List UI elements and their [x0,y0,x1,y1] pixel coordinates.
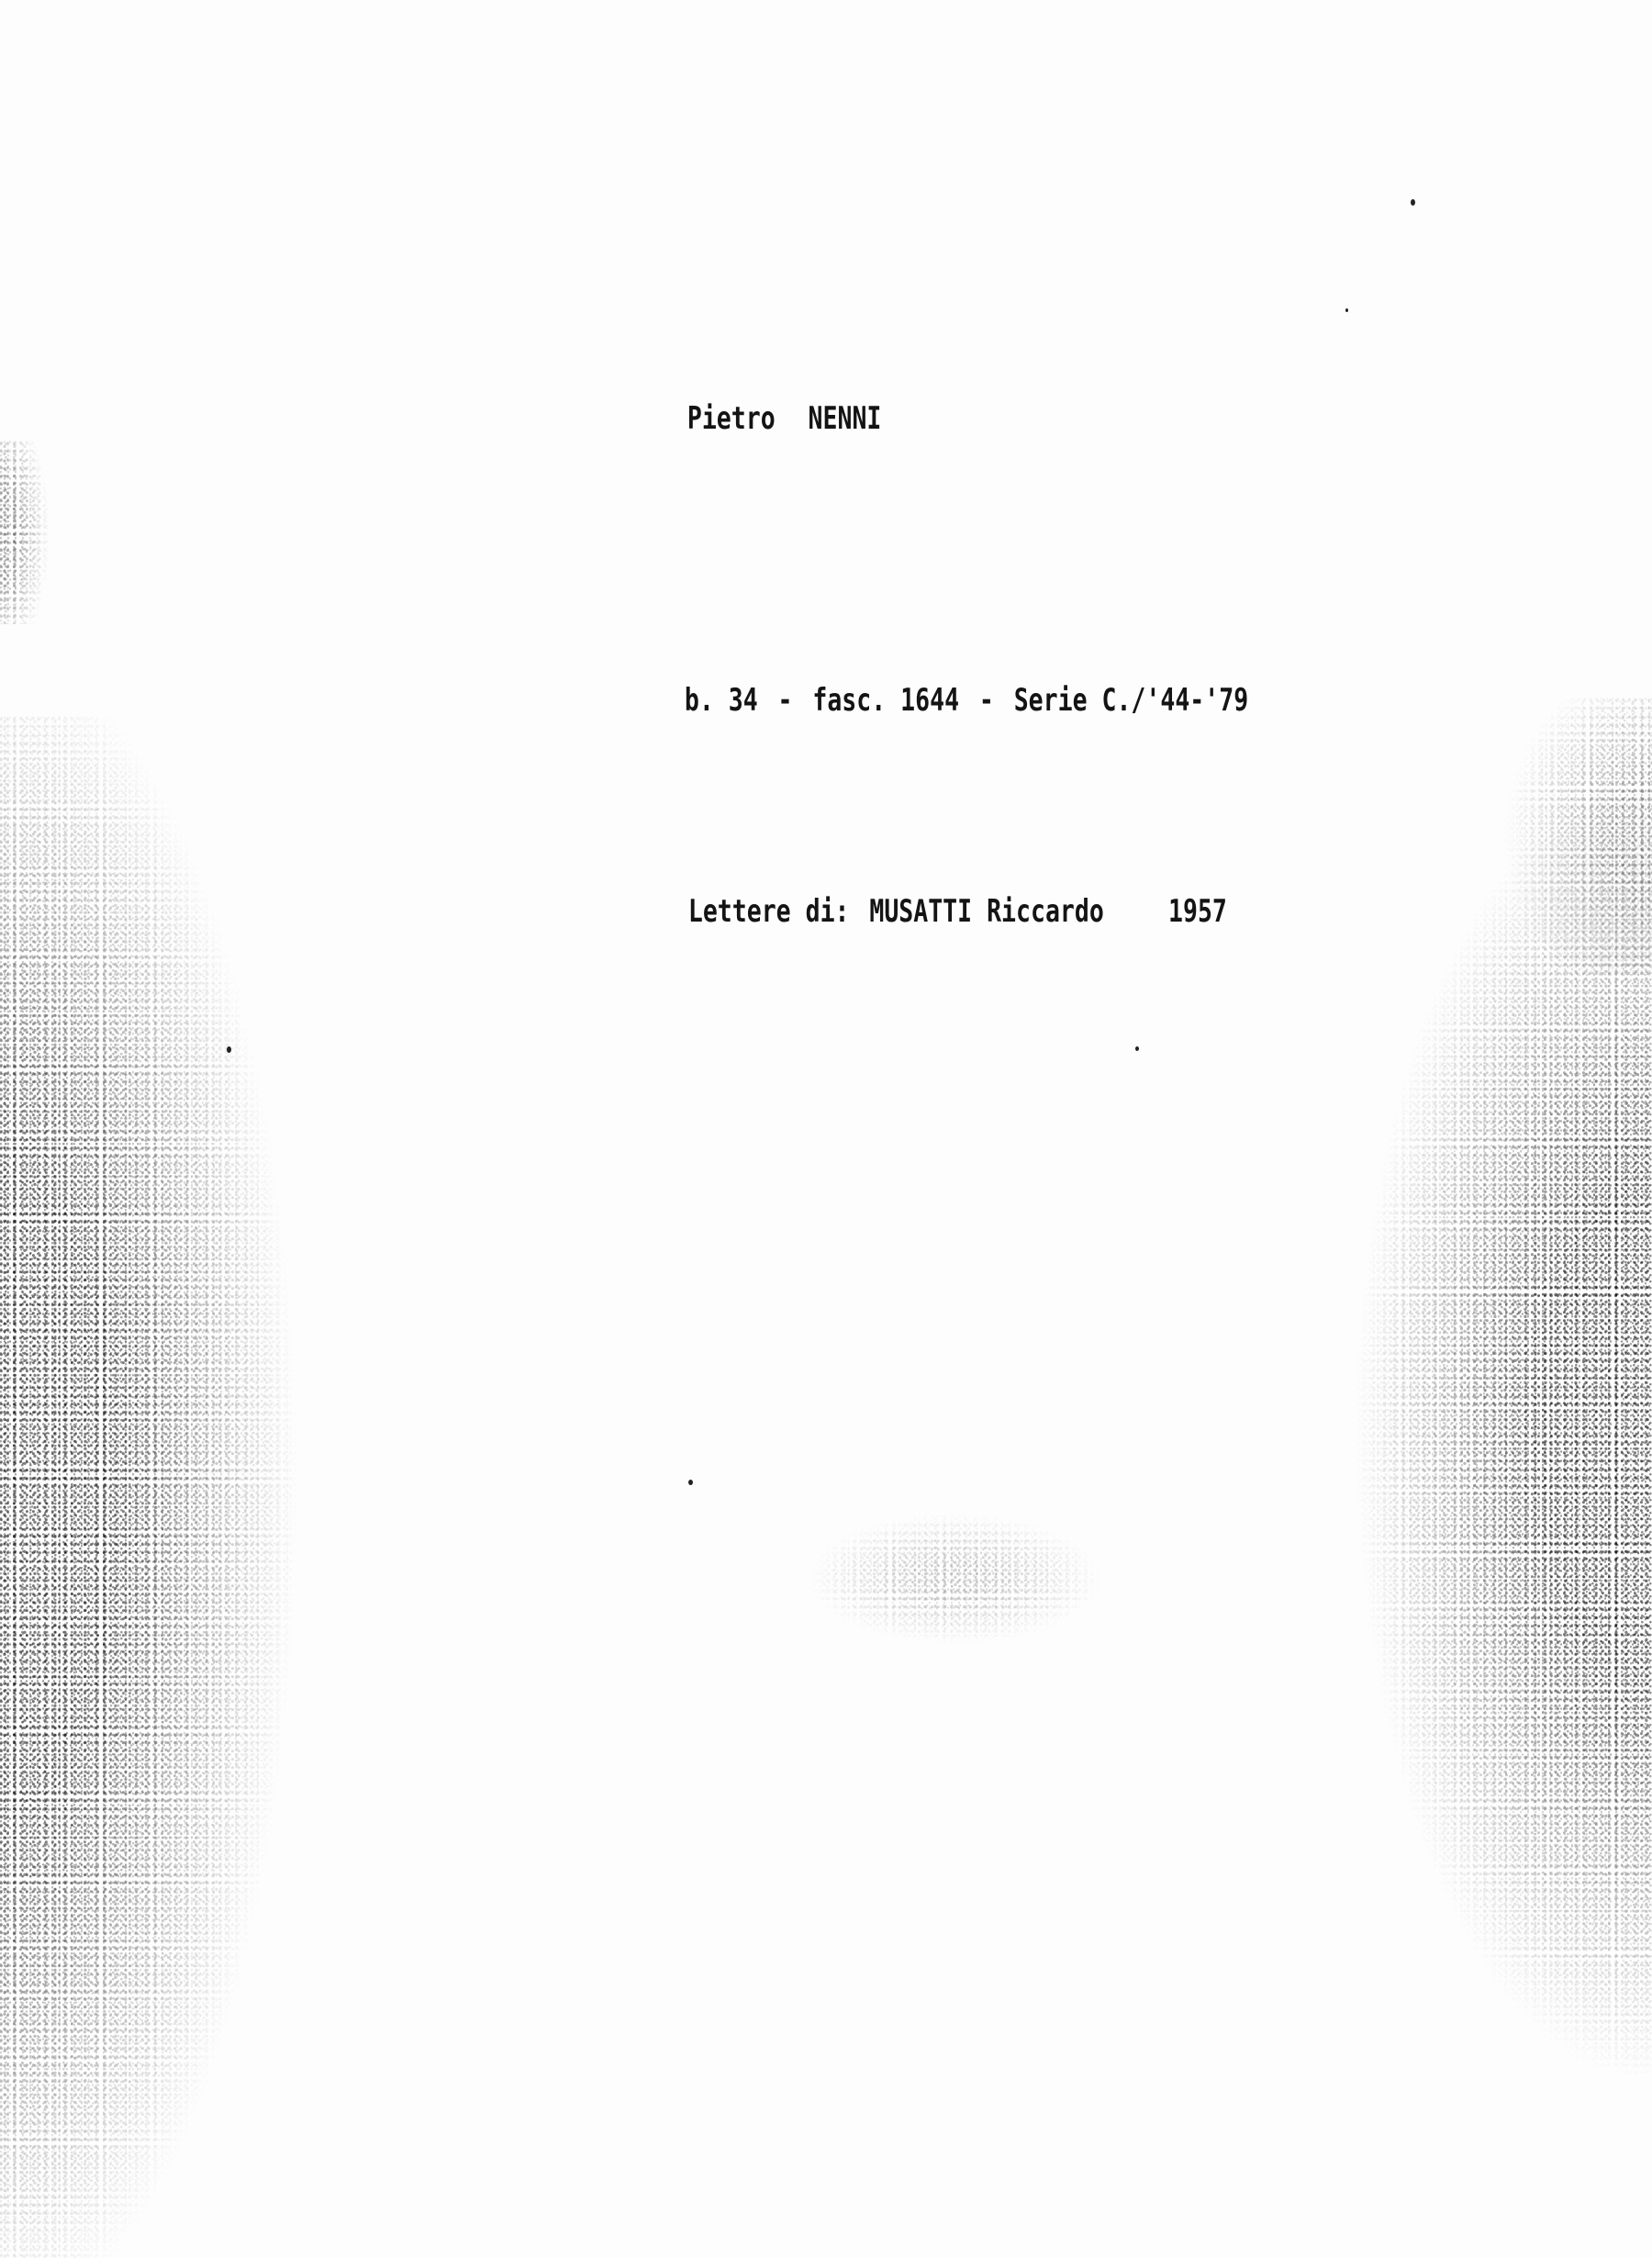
scan-noise-left-top [0,441,55,624]
scan-speck [1135,1046,1139,1051]
separator: - [979,682,994,719]
correspondent-name: MUSATTI Riccardo [869,893,1103,930]
scan-speck [1411,199,1415,206]
scanned-page: PietroNENNI b. 34-fasc. 1644-Serie C./'4… [0,0,1652,2258]
separator: - [778,682,793,719]
busta-number: b. 34 [685,682,758,719]
owner-first-name: Pietro [687,400,776,437]
scan-speck [227,1046,231,1053]
letters-label: Lettere di: [688,893,850,930]
owner-name: PietroNENNI [629,363,881,474]
letters-year: 1957 [1168,893,1227,930]
scan-noise-left [0,716,349,2258]
fascicolo-number: fasc. 1644 [812,682,959,719]
serie-label: Serie C./'44-'79 [1014,682,1248,719]
scan-speck [688,1480,693,1485]
scan-noise-center [789,1505,1120,1652]
scan-speck [1345,308,1348,312]
scan-noise-right-top [1487,698,1652,973]
scan-noise-right [1248,789,1652,2074]
owner-last-name: NENNI [809,400,882,437]
archive-reference: b. 34-fasc. 1644-Serie C./'44-'79 [626,645,1248,755]
letters-entry: Lettere di:MUSATTI Riccardo1957 [630,856,1227,967]
